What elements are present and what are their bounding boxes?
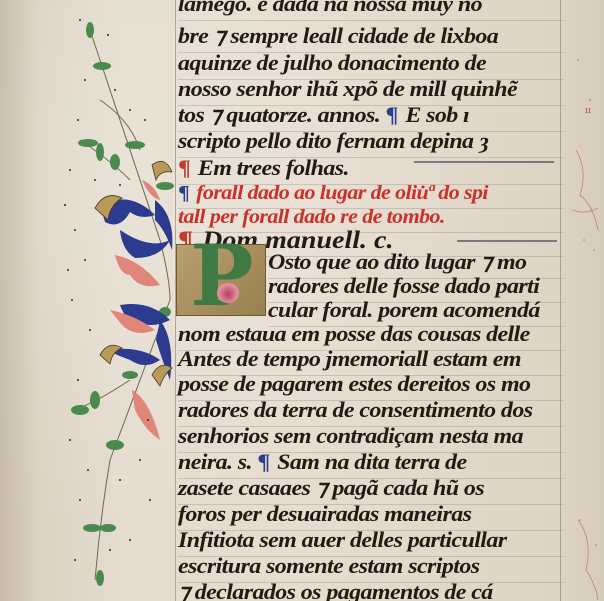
text-line-24: ⁊ declarados os pagamentos de cá — [178, 577, 564, 601]
rose-icon — [217, 283, 239, 303]
initial-letter: P — [177, 235, 267, 317]
manuscript-page: lamego. e dada na nossa muy no bre ⁊ sem… — [0, 0, 604, 601]
text-line-19-a: neira. s. — [178, 450, 252, 474]
red-pen-flourish-decoration — [568, 0, 604, 601]
marginal-annotation: ıı — [585, 106, 591, 116]
acanthus-border-decoration — [60, 0, 180, 601]
line-filler-stroke — [457, 240, 557, 242]
text-line-19-b: Sam na dita terra de — [277, 450, 466, 474]
green-leaves-icon — [71, 22, 174, 586]
illuminated-initial: P — [176, 244, 266, 316]
line-filler-stroke — [414, 161, 554, 163]
ink-dots-icon — [64, 19, 151, 561]
text-line-5-a: tos ⁊ quatorze. annos. — [178, 103, 380, 127]
gutter-shadow — [0, 0, 40, 601]
text-line-5-b: E sob ı — [405, 103, 469, 127]
text-line-1: lamego. e dada na nossa muy no — [178, 0, 564, 21]
